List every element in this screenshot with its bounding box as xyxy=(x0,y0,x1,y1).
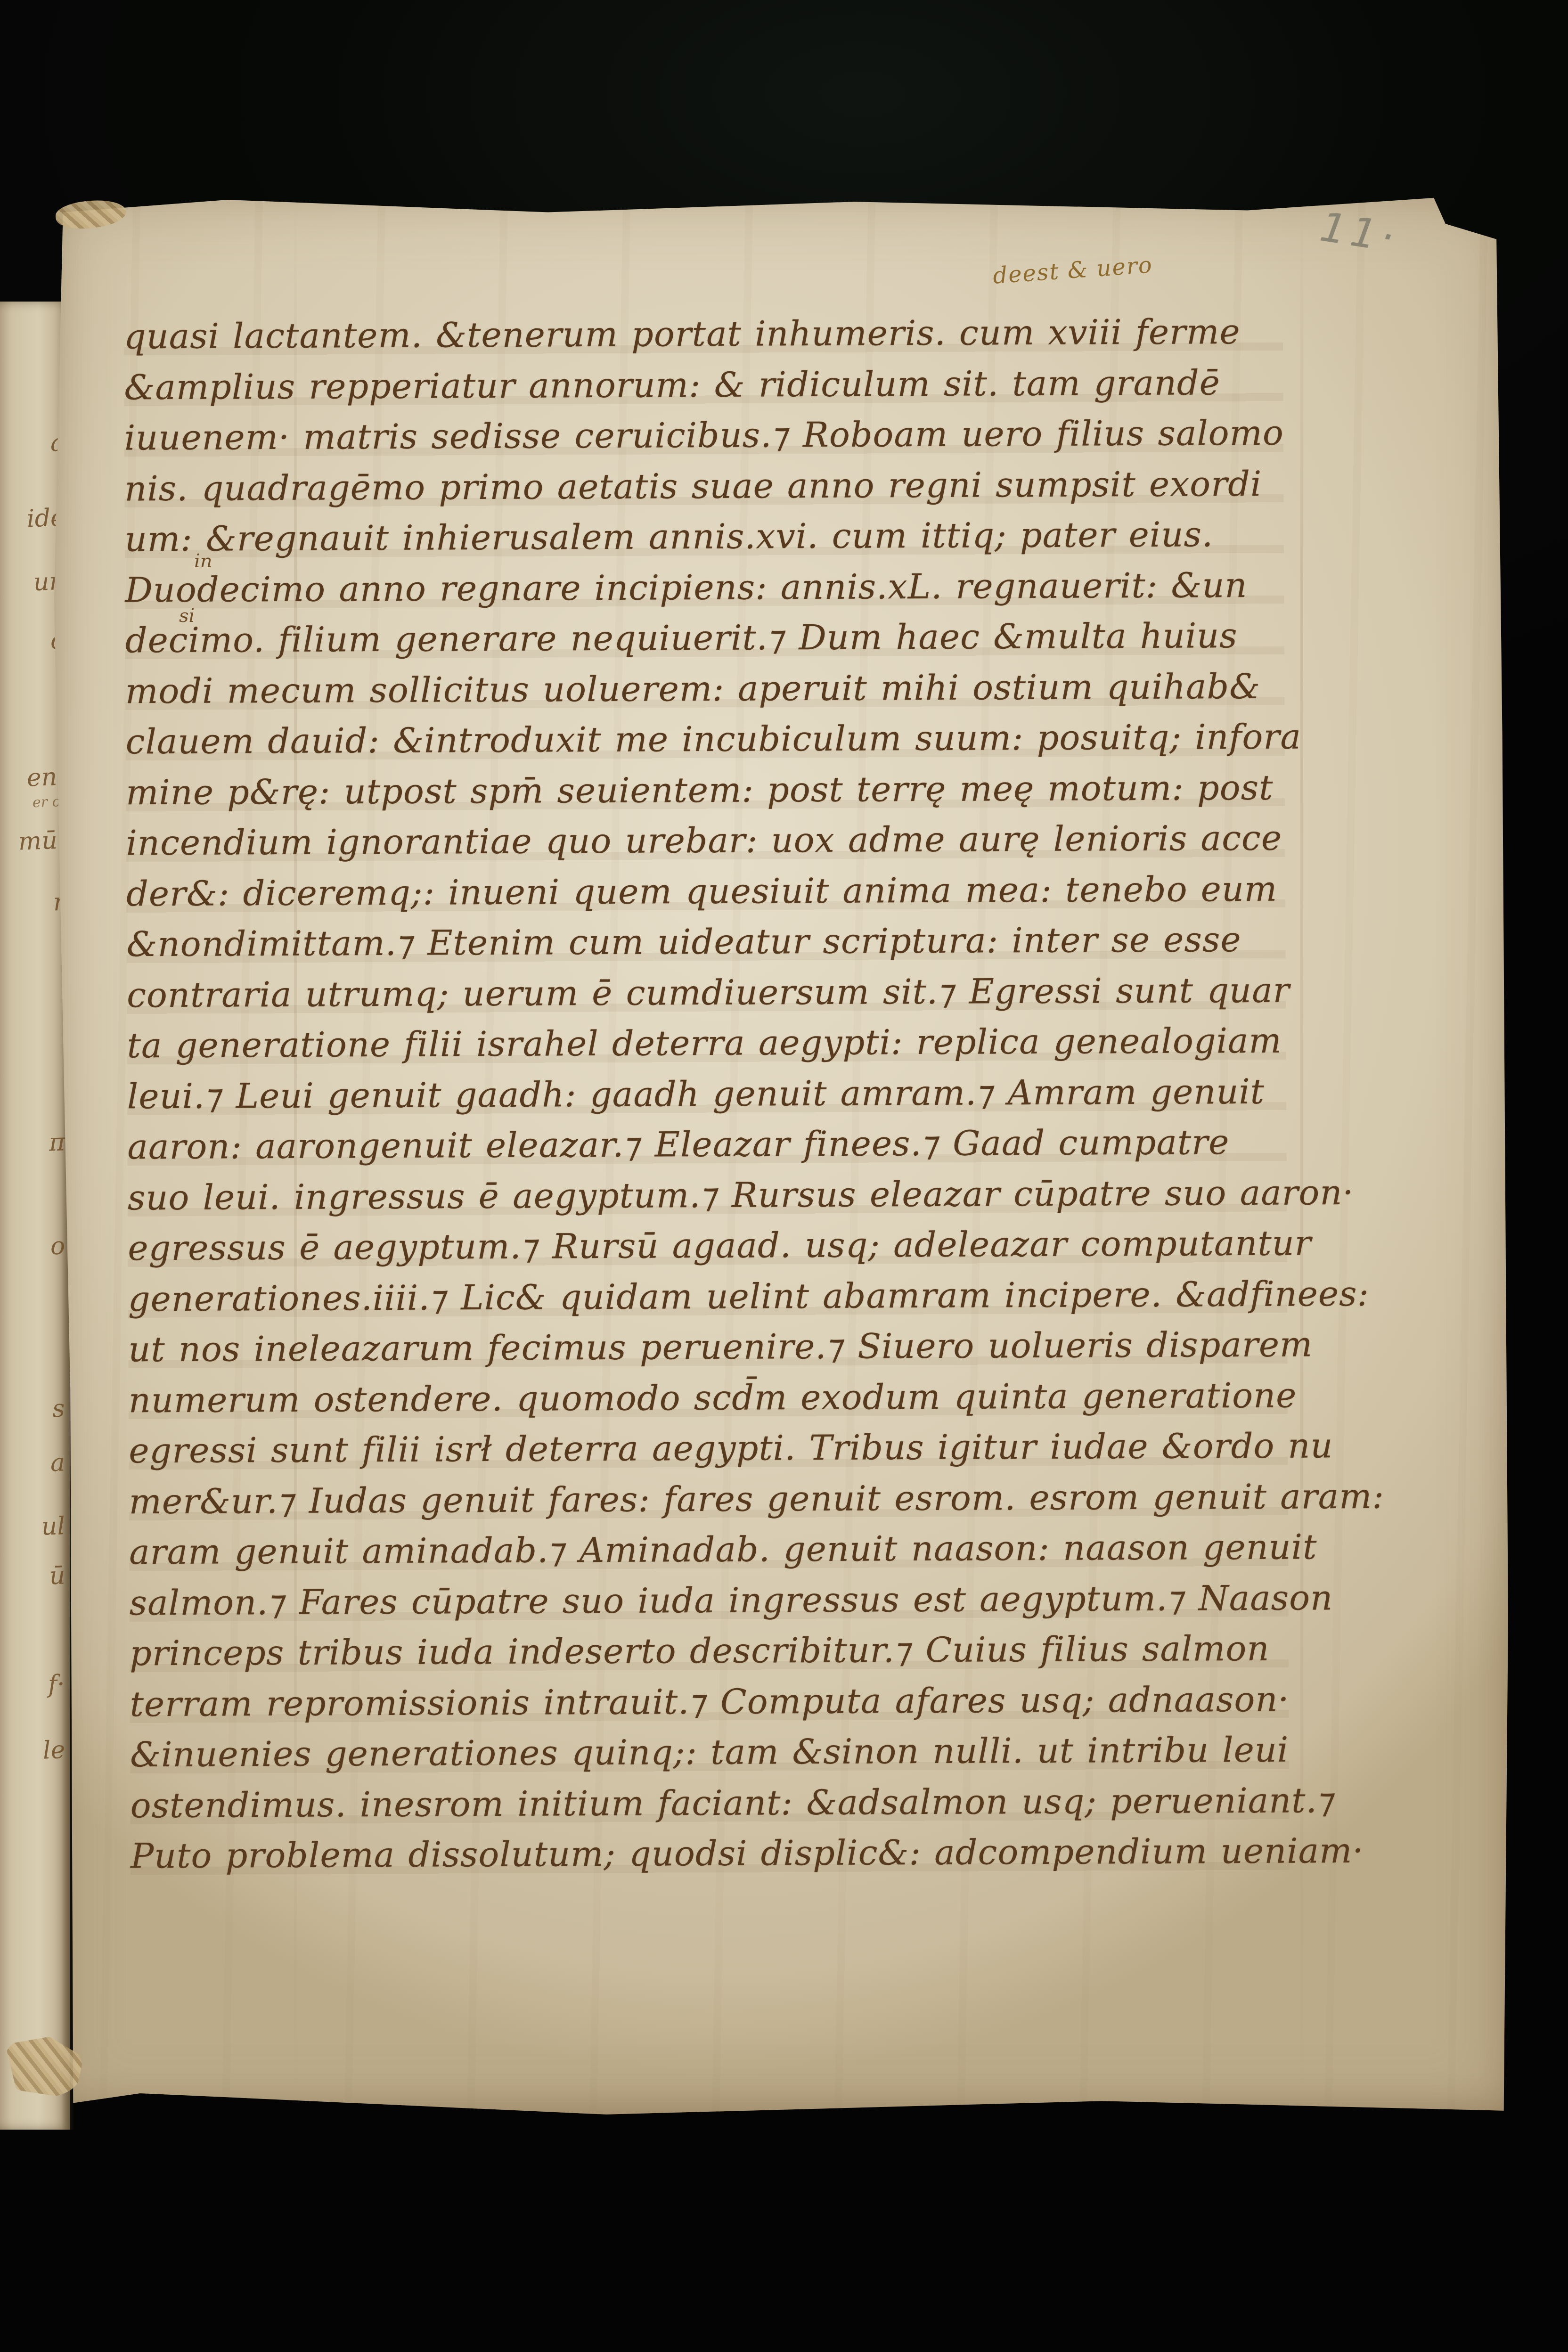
text-line: iuuenem· matris sedisse ceruicibus.⁊ Rob… xyxy=(124,408,1283,464)
gutter-text-fragment: ul xyxy=(41,1512,65,1541)
text-line: egressus ē aegyptum.⁊ Rursū agaad. usq; … xyxy=(128,1218,1287,1274)
text-line: princeps tribus iuda indeserto describit… xyxy=(130,1624,1289,1679)
text-line: aaron: aarongenuit eleazar.⁊ Eleazar fin… xyxy=(127,1117,1286,1173)
manuscript-page: 11· deest & uero in si quasi lactantem. … xyxy=(53,197,1510,2118)
text-line: ta generatione filii israhel deterra aeg… xyxy=(127,1016,1286,1071)
text-line: nis. quadragēmo primo aetatis suae anno … xyxy=(124,458,1283,514)
text-line: der&: diceremq;: inueni quem quesiuit an… xyxy=(126,864,1285,919)
text-line: egressi sunt filii isrł deterra aegypti.… xyxy=(129,1421,1288,1477)
text-line: suo leui. ingressus ē aegyptum.⁊ Rursus … xyxy=(128,1168,1287,1223)
text-line: &amplius repperiatur annorum: & ridiculu… xyxy=(124,357,1283,413)
text-line: generationes.iiii.⁊ Lic& quidam uelint a… xyxy=(128,1269,1287,1324)
text-line: quasi lactantem. &tenerum portat inhumer… xyxy=(124,307,1283,362)
text-line: Puto problema dissolutum; quodsi displic… xyxy=(131,1826,1290,1882)
text-line: modi mecum sollicitus uoluerem: aperuit … xyxy=(125,661,1284,717)
gutter-text-fragment: mū· xyxy=(18,826,65,856)
parchment-crease xyxy=(1300,197,1303,2118)
text-line: clauem dauid: &introduxit me incubiculum… xyxy=(125,712,1284,768)
text-line: ut nos ineleazarum fecimus peruenire.⁊ S… xyxy=(128,1320,1287,1375)
manuscript-photo: a ide un o en· er oī mū· r π o s a ul ū … xyxy=(0,0,1568,2352)
text-line: leui.⁊ Leui genuit gaadh: gaadh genuit a… xyxy=(127,1066,1286,1122)
text-line: numerum ostendere. quomodo scd̄m exodum … xyxy=(129,1370,1288,1426)
folio-number-pencil: 11· xyxy=(1317,204,1402,262)
text-line: salmon.⁊ Fares cūpatre suo iuda ingressu… xyxy=(129,1573,1288,1628)
gutter-text-fragment: s xyxy=(52,1395,65,1423)
text-line: Duodecimo anno regnare incipiens: annis.… xyxy=(125,560,1284,615)
text-line: aram genuit aminadab.⁊ Aminadab. genuit … xyxy=(129,1522,1288,1578)
text-line: &nondimittam.⁊ Etenim cum uideatur scrip… xyxy=(126,915,1285,970)
text-line: terram repromissionis intrauit.⁊ Computa… xyxy=(130,1674,1289,1730)
text-line: mine p&rę: utpost spm̄ seuientem: post t… xyxy=(126,762,1285,818)
gutter-text-fragment: π xyxy=(49,1128,65,1157)
text-line: um: &regnauit inhierusalem annis.xvi. cu… xyxy=(125,509,1284,565)
gutter-text-fragment: o xyxy=(50,1232,65,1260)
gutter-text-fragment: f· xyxy=(48,1670,65,1699)
text-line: &inuenies generationes quinq;: tam &sino… xyxy=(130,1725,1289,1780)
gutter-text-fragment: le xyxy=(42,1736,65,1765)
text-block: quasi lactantem. &tenerum portat inhumer… xyxy=(124,307,1290,1882)
text-line: ostendimus. inesrom initium faciant: &ad… xyxy=(130,1775,1289,1831)
text-line: mer&ur.⁊ Iudas genuit fares: fares genui… xyxy=(129,1471,1288,1527)
text-line: contraria utrumq; uerum ē cumdiuersum si… xyxy=(127,965,1286,1021)
text-line: incendium ignorantiae quo urebar: uox ad… xyxy=(126,813,1285,869)
text-line: decimo. filium generare nequiuerit.⁊ Dum… xyxy=(125,611,1284,666)
gutter-text-fragment: ū xyxy=(49,1561,65,1590)
gutter-text-fragment: a xyxy=(50,1448,65,1477)
marginal-annotation: deest & uero xyxy=(992,252,1153,289)
